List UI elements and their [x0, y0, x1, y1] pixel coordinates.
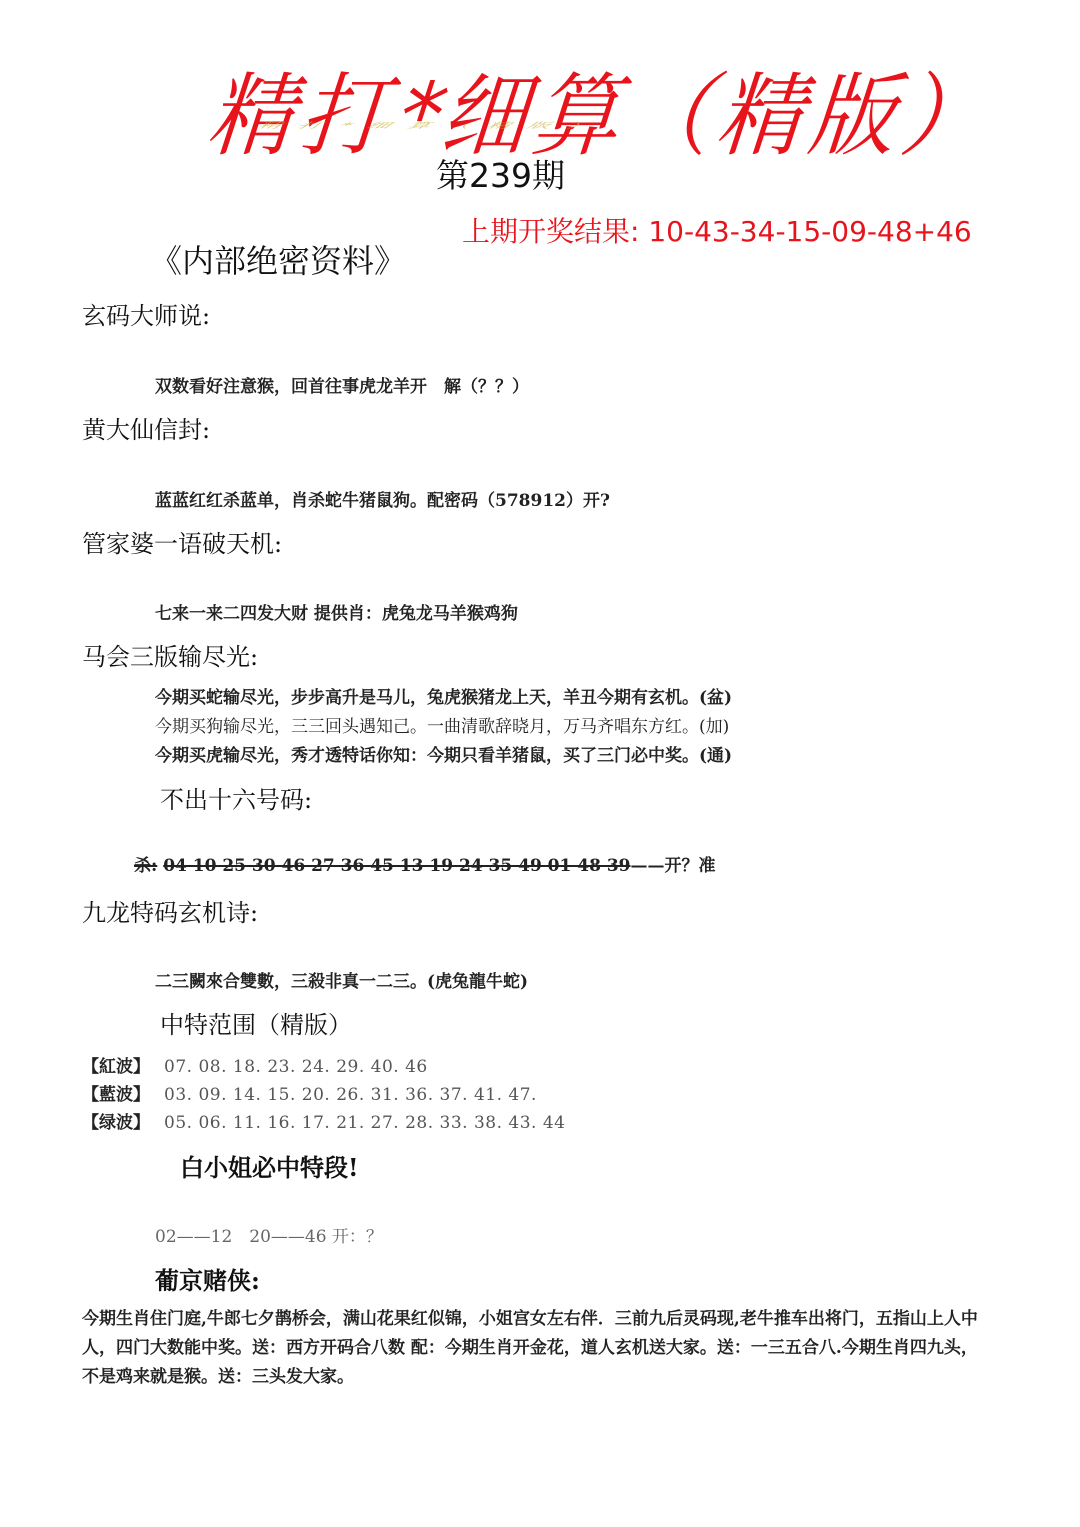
kill-numbers: 04 10 25 30 46 27 36 45 13 19 24 35 49 0…: [163, 856, 630, 876]
wave-row-red: 【紅波】07. 08. 18. 23. 24. 29. 40. 46: [82, 1052, 428, 1077]
section-title-no16: 不出十六号码:: [160, 780, 312, 815]
section-line: 今期买虎输尽光，秀才透特话你知：今期只看羊猪鼠，买了三门必中奖。(通): [155, 741, 732, 766]
last-draw-result: 上期开奖结果: 10-43-34-15-09-48+46: [462, 210, 972, 250]
wave-tag: 【藍波】: [82, 1085, 150, 1105]
section-title-jiulong: 九龙特码玄机诗:: [82, 893, 258, 928]
issue-number: 第239期: [436, 150, 565, 197]
section-title-mahui: 马会三版输尽光:: [82, 637, 258, 672]
section-line: 今期买狗输尽光，三三回头遇知己。一曲清歌辞晓月，万马齐唱东方红。(加): [155, 712, 729, 737]
section-line: 02——12 20——46 开：？: [155, 1222, 383, 1247]
section-paragraph: 今期生肖住门庭,牛郎七夕鹊桥会，满山花果红似锦，小姐宫女左右伴．三前九后灵码现,…: [82, 1305, 982, 1392]
kill-prefix: 杀:: [134, 856, 157, 876]
banner-title: 精打*细算（精版）: [205, 43, 889, 148]
kill-numbers-line: 杀: 04 10 25 30 46 27 36 45 13 19 24 35 4…: [134, 851, 716, 876]
kill-suffix: ——开？准: [631, 856, 716, 876]
wave-row-blue: 【藍波】03. 09. 14. 15. 20. 26. 31. 36. 37. …: [82, 1080, 537, 1105]
section-line: 二三闕來合雙數，三殺非真一二三。(虎兔龍牛蛇): [155, 967, 528, 992]
wave-numbers: 03. 09. 14. 15. 20. 26. 31. 36. 37. 41. …: [164, 1085, 537, 1105]
section-title-pujing: 葡京赌侠:: [155, 1261, 260, 1296]
wave-row-green: 【绿波】05. 06. 11. 16. 17. 21. 27. 28. 33. …: [82, 1108, 565, 1133]
section-line: 双数看好注意猴，回首往事虎龙羊开 解（？？）: [155, 372, 529, 397]
section-line: 七来一来二四发大财 提供肖：虎兔龙马羊猴鸡狗: [155, 599, 518, 624]
banner-reflection: 精打*细算（精版）: [260, 120, 829, 126]
section-line: 今期买蛇输尽光，步步高升是马儿，兔虎猴猪龙上天，羊丑今期有玄机。(盆): [155, 683, 732, 708]
document-title: 《内部绝密资料》: [150, 236, 406, 282]
section-title-baixiaojie: 白小姐必中特段!: [180, 1148, 359, 1183]
section-title-xuanma: 玄码大师说:: [82, 296, 210, 331]
wave-numbers: 07. 08. 18. 23. 24. 29. 40. 46: [164, 1057, 428, 1077]
section-title-huangdaxian: 黄大仙信封:: [82, 410, 210, 445]
section-title-range: 中特范围（精版）: [160, 1005, 352, 1040]
last-result-label: 上期开奖结果:: [462, 215, 639, 248]
section-line: 蓝蓝红红杀蓝单，肖杀蛇牛猪鼠狗。配密码（578912）开?: [155, 486, 610, 511]
wave-tag: 【紅波】: [82, 1057, 150, 1077]
section-title-guanjiapo: 管家婆一语破天机:: [82, 524, 282, 559]
wave-numbers: 05. 06. 11. 16. 17. 21. 27. 28. 33. 38. …: [164, 1113, 565, 1133]
last-result-numbers: 10-43-34-15-09-48+46: [648, 215, 971, 248]
wave-tag: 【绿波】: [82, 1113, 150, 1133]
